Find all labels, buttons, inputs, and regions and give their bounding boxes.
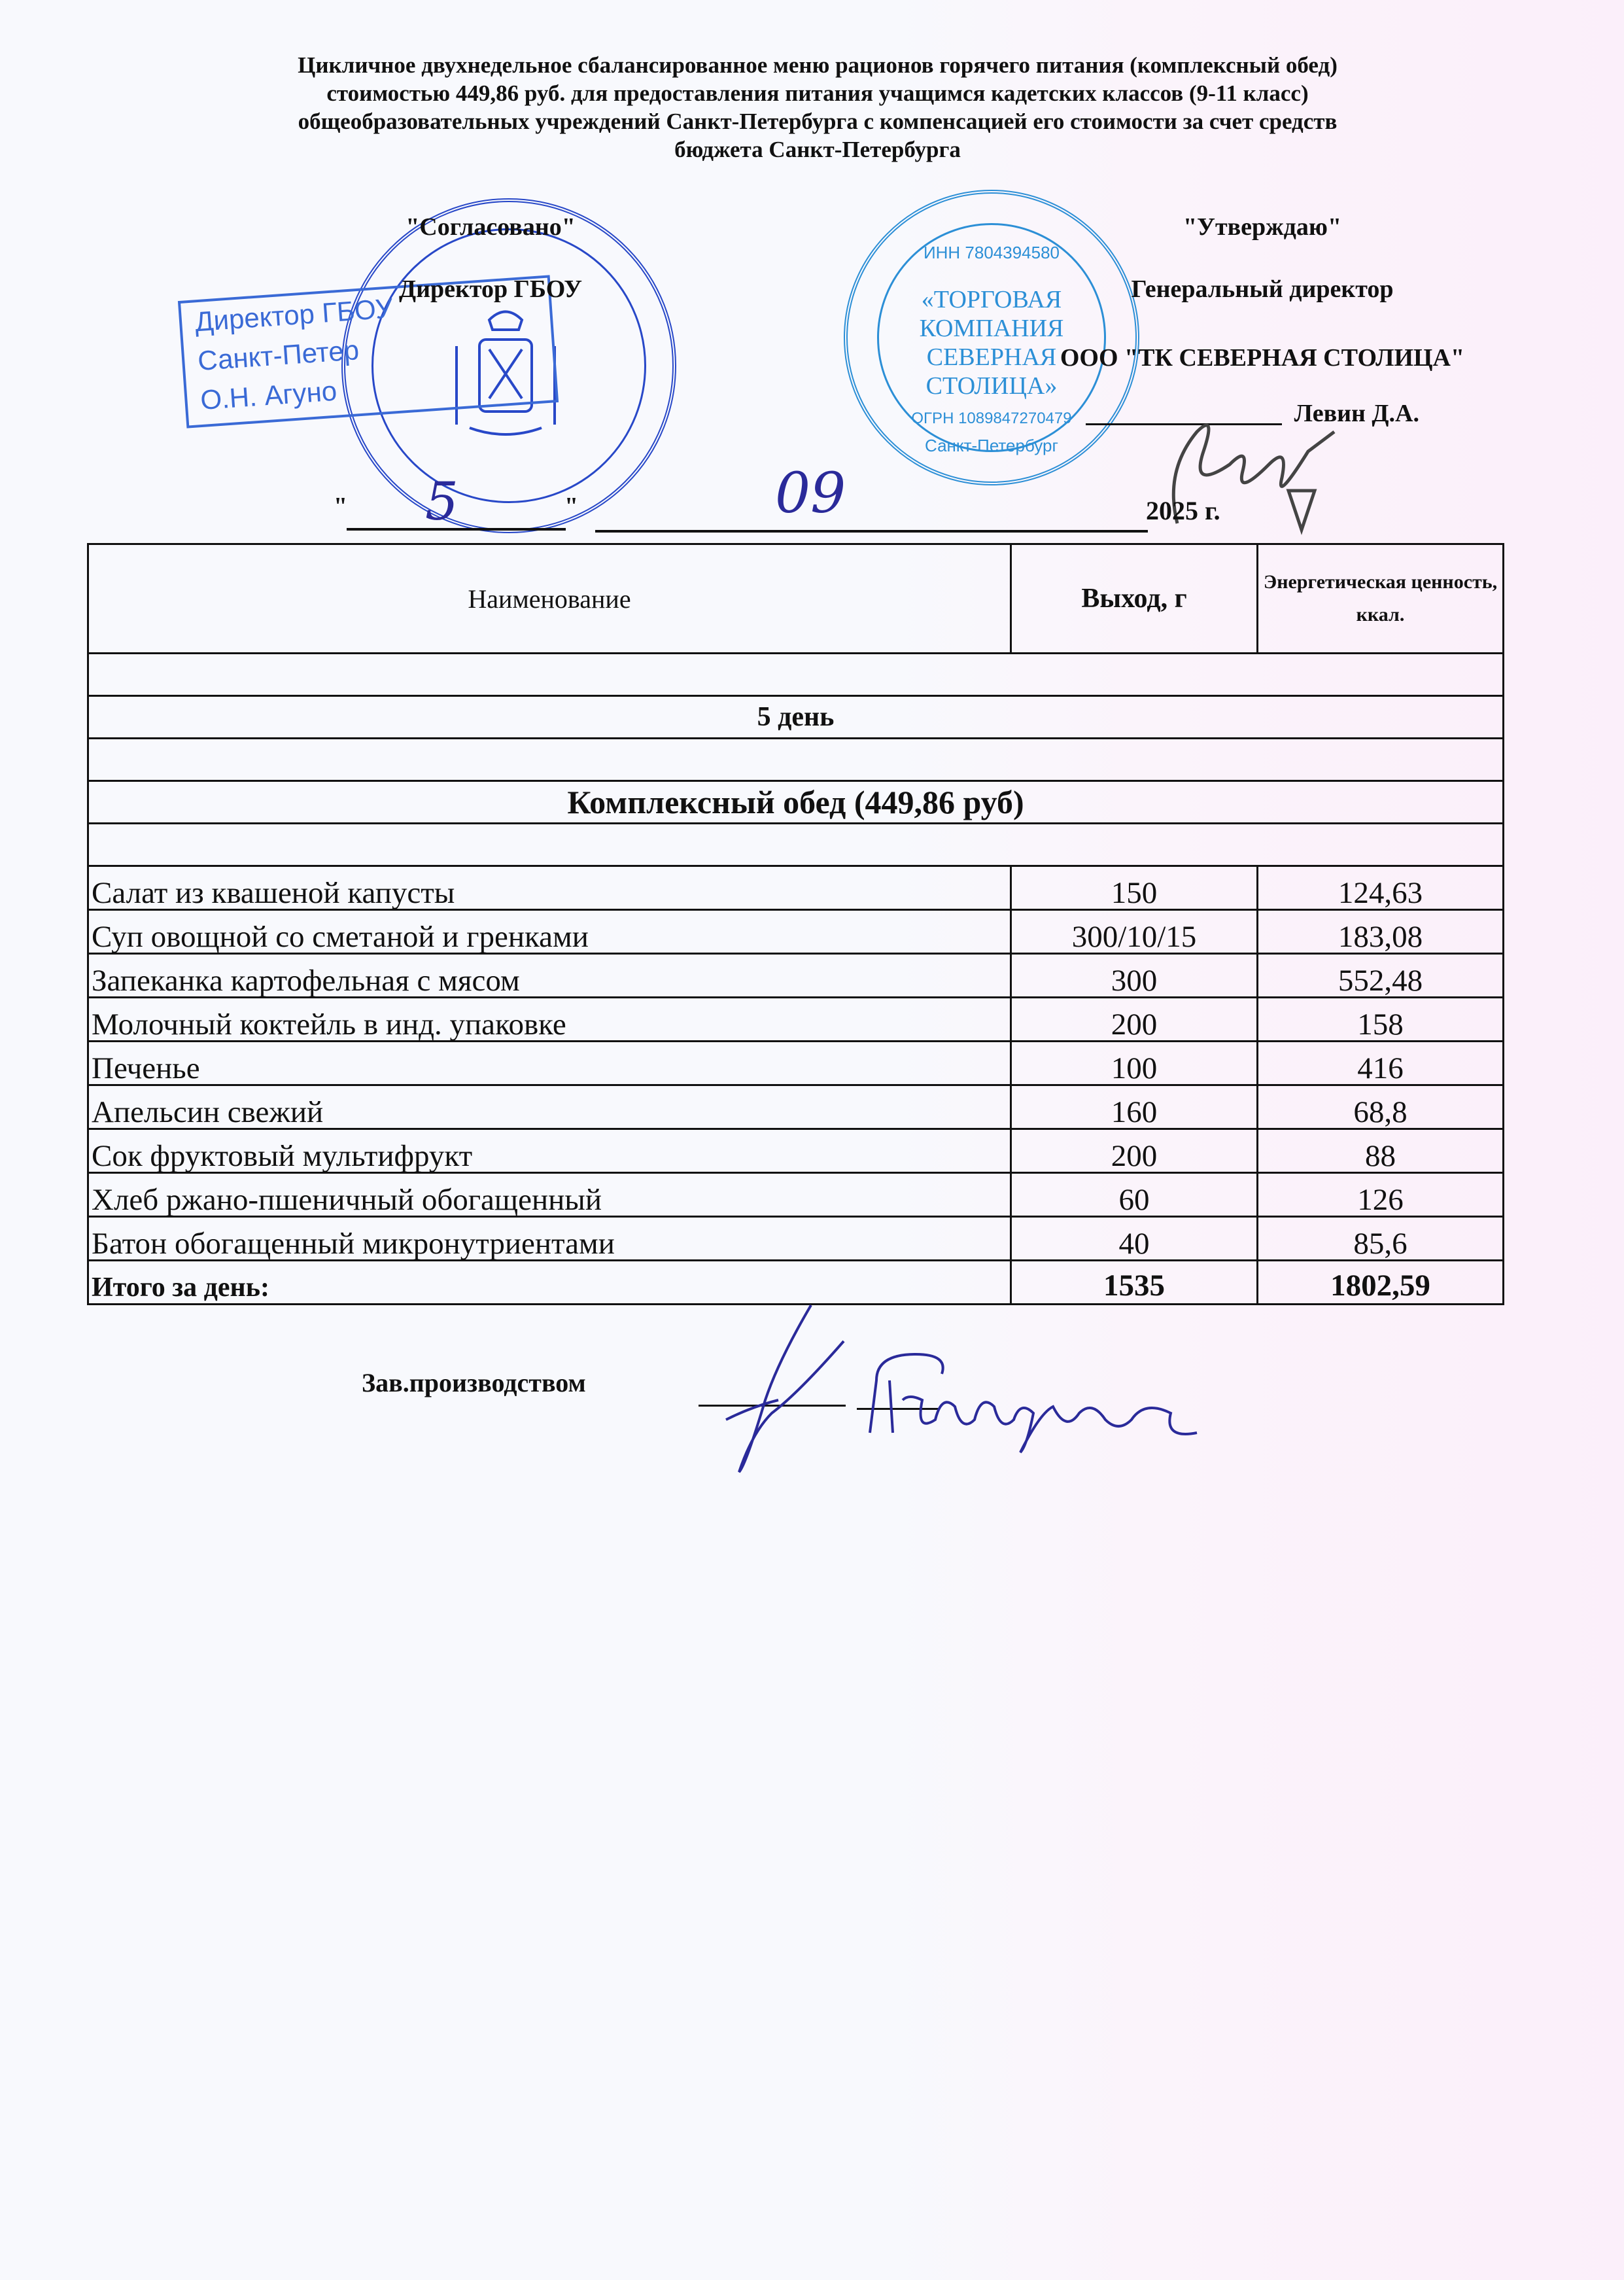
item-energy: 126: [1258, 1173, 1504, 1217]
item-energy: 68,8: [1258, 1085, 1504, 1129]
company-seal-name-line: КОМПАНИЯ: [848, 314, 1135, 343]
blank-cell: [88, 739, 1504, 781]
company-seal-inn: ИНН 7804394580: [848, 243, 1135, 263]
item-energy: 158: [1258, 998, 1504, 1042]
item-name: Апельсин свежий: [88, 1085, 1011, 1129]
table-row: Апельсин свежий16068,8: [88, 1085, 1504, 1129]
table-row: Сок фруктовый мультифрукт20088: [88, 1129, 1504, 1173]
total-yield: 1535: [1011, 1261, 1258, 1305]
header-energy: Энергетическая ценность, ккал.: [1258, 544, 1504, 654]
items-body: Салат из квашеной капусты150124,63Суп ов…: [88, 866, 1504, 1261]
item-name: Батон обогащенный микронутриентами: [88, 1217, 1011, 1261]
title-line-1: Цикличное двухнедельное сбалансированное…: [131, 51, 1504, 79]
date-open-quote: ": [334, 492, 347, 521]
approval-left-heading: "Согласовано": [320, 213, 661, 241]
item-energy: 88: [1258, 1129, 1504, 1173]
date-day-line: [347, 528, 566, 531]
date-month-line: [595, 530, 1148, 533]
item-name: Молочный коктейль в инд. упаковке: [88, 998, 1011, 1042]
item-name: Запеканка картофельная с мясом: [88, 954, 1011, 998]
document-title: Цикличное двухнедельное сбалансированное…: [131, 51, 1504, 164]
blank-row: [88, 824, 1504, 866]
item-yield: 160: [1011, 1085, 1258, 1129]
item-energy: 416: [1258, 1042, 1504, 1085]
blank-row: [88, 654, 1504, 696]
item-name: Хлеб ржано-пшеничный обогащенный: [88, 1173, 1011, 1217]
table-row: Батон обогащенный микронутриентами4085,6: [88, 1217, 1504, 1261]
item-yield: 150: [1011, 866, 1258, 910]
item-yield: 60: [1011, 1173, 1258, 1217]
table-row: Салат из квашеной капусты150124,63: [88, 866, 1504, 910]
approval-left-position: Директор ГБОУ: [320, 275, 661, 304]
table-row: Запеканка картофельная с мясом300552,48: [88, 954, 1504, 998]
item-energy: 85,6: [1258, 1217, 1504, 1261]
item-energy: 124,63: [1258, 866, 1504, 910]
total-energy: 1802,59: [1258, 1261, 1504, 1305]
title-line-4: бюджета Санкт-Петербурга: [131, 135, 1504, 164]
item-yield: 300: [1011, 954, 1258, 998]
title-line-3: общеобразовательных учреждений Санкт-Пет…: [131, 107, 1504, 135]
date-year: 2025 г.: [1146, 495, 1220, 526]
table-header-row: Наименование Выход, г Энергетическая цен…: [88, 544, 1504, 654]
item-yield: 200: [1011, 998, 1258, 1042]
company-seal-name-line: СТОЛИЦА»: [848, 372, 1135, 400]
header-name: Наименование: [88, 544, 1011, 654]
item-name: Печенье: [88, 1042, 1011, 1085]
production-head-label: Зав.производством: [362, 1367, 586, 1398]
date-day-handwritten: 5: [425, 471, 458, 532]
item-yield: 200: [1011, 1129, 1258, 1173]
meal-label: Комплексный обед (449,86 руб): [88, 781, 1504, 824]
total-label: Итого за день:: [88, 1261, 1011, 1305]
approval-right-organization: ООО "ТК СЕВЕРНАЯ СТОЛИЦА": [1020, 343, 1504, 372]
date-close-quote: ": [564, 492, 578, 521]
table-row: Хлеб ржано-пшеничный обогащенный60126: [88, 1173, 1504, 1217]
meal-row: Комплексный обед (449,86 руб): [88, 781, 1504, 824]
day-label: 5 день: [88, 696, 1504, 739]
item-yield: 40: [1011, 1217, 1258, 1261]
menu-table: Наименование Выход, г Энергетическая цен…: [87, 543, 1504, 1305]
header-yield: Выход, г: [1011, 544, 1258, 654]
table-row: Суп овощной со сметаной и гренками300/10…: [88, 910, 1504, 954]
table-row: Печенье100416: [88, 1042, 1504, 1085]
blank-row: [88, 739, 1504, 781]
production-head-signature-icon: [713, 1302, 1354, 1479]
item-name: Салат из квашеной капусты: [88, 866, 1011, 910]
total-row: Итого за день: 1535 1802,59: [88, 1261, 1504, 1305]
item-yield: 300/10/15: [1011, 910, 1258, 954]
table-row: Молочный коктейль в инд. упаковке200158: [88, 998, 1504, 1042]
approval-right-position: Генеральный директор: [1020, 275, 1504, 304]
approval-right-heading: "Утверждаю": [1020, 213, 1504, 241]
title-line-2: стоимостью 449,86 руб. для предоставлени…: [131, 79, 1504, 107]
item-energy: 183,08: [1258, 910, 1504, 954]
blank-cell: [88, 824, 1504, 866]
item-energy: 552,48: [1258, 954, 1504, 998]
date-month-handwritten: 09: [775, 461, 846, 526]
company-seal-city: Санкт-Петербург: [848, 436, 1135, 456]
item-yield: 100: [1011, 1042, 1258, 1085]
item-name: Суп овощной со сметаной и гренками: [88, 910, 1011, 954]
blank-cell: [88, 654, 1504, 696]
day-row: 5 день: [88, 696, 1504, 739]
item-name: Сок фруктовый мультифрукт: [88, 1129, 1011, 1173]
